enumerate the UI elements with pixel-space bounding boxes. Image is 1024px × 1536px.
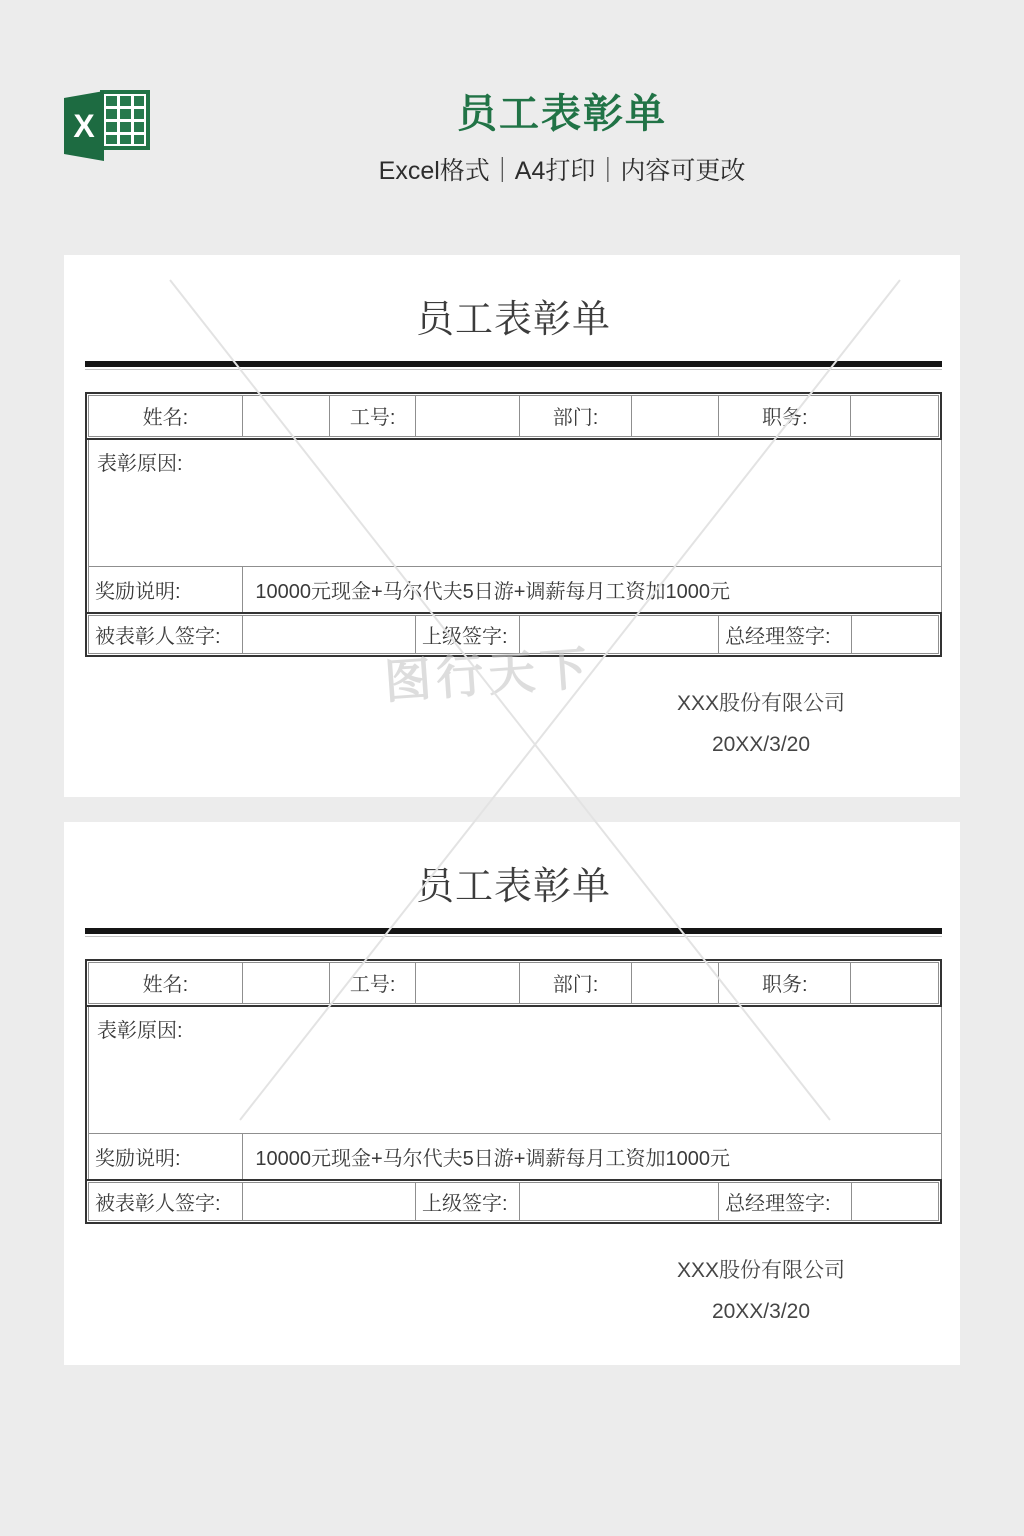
commendation-table: 姓名: 工号: 部门: 职务: 表彰原因: 奖励说明: 10000元现金+马尔代… bbox=[85, 392, 942, 657]
name-label: 姓名: bbox=[89, 396, 242, 436]
svg-text:X: X bbox=[73, 108, 95, 144]
awardee-signature-field[interactable] bbox=[242, 1183, 415, 1220]
page-title: 员工表彰单 bbox=[100, 0, 1024, 136]
title-rule-thin bbox=[85, 936, 942, 937]
name-field[interactable] bbox=[242, 396, 329, 436]
page-subtitle: Excel格式｜A4打印｜内容可更改 bbox=[100, 151, 1024, 187]
reward-value: 10000元现金+马尔代夫5日游+调薪每月工资加1000元 bbox=[242, 567, 941, 612]
department-label: 部门: bbox=[519, 963, 632, 1003]
reward-row: 奖励说明: 10000元现金+马尔代夫5日游+调薪每月工资加1000元 bbox=[89, 566, 941, 612]
signature-row-band: 被表彰人签字: 上级签字: 总经理签字: bbox=[85, 612, 942, 657]
form-date: 20XX/3/20 bbox=[677, 733, 845, 757]
reward-label: 奖励说明: bbox=[89, 1134, 242, 1179]
reward-row: 奖励说明: 10000元现金+马尔代夫5日游+调薪每月工资加1000元 bbox=[89, 1133, 941, 1179]
form-footer: XXX股份有限公司 20XX/3/20 bbox=[85, 687, 942, 757]
gm-signature-field[interactable] bbox=[851, 616, 939, 653]
form-date: 20XX/3/20 bbox=[677, 1300, 845, 1324]
form-footer: XXX股份有限公司 20XX/3/20 bbox=[85, 1254, 942, 1324]
supervisor-signature-field[interactable] bbox=[519, 1183, 719, 1220]
awardee-signature-label: 被表彰人签字: bbox=[89, 1183, 242, 1220]
employee-id-label: 工号: bbox=[329, 963, 415, 1003]
position-label: 职务: bbox=[718, 963, 850, 1003]
gm-signature-label: 总经理签字: bbox=[718, 616, 850, 653]
info-row-band: 姓名: 工号: 部门: 职务: bbox=[85, 959, 942, 1007]
title-rule bbox=[85, 361, 942, 367]
company-name: XXX股份有限公司 bbox=[677, 687, 845, 717]
position-field[interactable] bbox=[850, 963, 938, 1003]
gm-signature-field[interactable] bbox=[851, 1183, 939, 1220]
position-label: 职务: bbox=[718, 396, 850, 436]
employee-id-field[interactable] bbox=[415, 963, 519, 1003]
department-field[interactable] bbox=[631, 963, 718, 1003]
position-field[interactable] bbox=[850, 396, 938, 436]
title-rule bbox=[85, 928, 942, 934]
form-title: 员工表彰单 bbox=[85, 255, 942, 341]
info-row-band: 姓名: 工号: 部门: 职务: bbox=[85, 392, 942, 440]
supervisor-signature-label: 上级签字: bbox=[415, 1183, 519, 1220]
name-label: 姓名: bbox=[89, 963, 242, 1003]
supervisor-signature-label: 上级签字: bbox=[415, 616, 519, 653]
header-text: 员工表彰单 Excel格式｜A4打印｜内容可更改 bbox=[100, 0, 1024, 187]
reward-value: 10000元现金+马尔代夫5日游+调薪每月工资加1000元 bbox=[242, 1134, 941, 1179]
commendation-form-card-1: 员工表彰单 姓名: 工号: 部门: 职务: 表彰原因: bbox=[64, 255, 960, 797]
commendation-form-card-2: 员工表彰单 姓名: 工号: 部门: 职务: 表彰原因: bbox=[64, 822, 960, 1365]
reward-label: 奖励说明: bbox=[89, 567, 242, 612]
employee-id-label: 工号: bbox=[329, 396, 415, 436]
employee-id-field[interactable] bbox=[415, 396, 519, 436]
title-rule-thin bbox=[85, 369, 942, 370]
table-middle-section: 表彰原因: 奖励说明: 10000元现金+马尔代夫5日游+调薪每月工资加1000… bbox=[85, 440, 942, 612]
reason-field[interactable]: 表彰原因: bbox=[89, 440, 941, 566]
name-field[interactable] bbox=[242, 963, 329, 1003]
signature-row-band: 被表彰人签字: 上级签字: 总经理签字: bbox=[85, 1179, 942, 1224]
company-name: XXX股份有限公司 bbox=[677, 1254, 845, 1284]
gm-signature-label: 总经理签字: bbox=[718, 1183, 850, 1220]
supervisor-signature-field[interactable] bbox=[519, 616, 719, 653]
commendation-table: 姓名: 工号: 部门: 职务: 表彰原因: 奖励说明: 10000元现金+马尔代… bbox=[85, 959, 942, 1224]
awardee-signature-label: 被表彰人签字: bbox=[89, 616, 242, 653]
awardee-signature-field[interactable] bbox=[242, 616, 415, 653]
form-title: 员工表彰单 bbox=[85, 822, 942, 908]
department-field[interactable] bbox=[631, 396, 718, 436]
reason-label: 表彰原因: bbox=[97, 453, 183, 475]
top-header: X 员工表彰单 Excel格式｜A4打印｜内容可更改 bbox=[0, 0, 1024, 255]
department-label: 部门: bbox=[519, 396, 632, 436]
reason-label: 表彰原因: bbox=[97, 1020, 183, 1042]
table-middle-section: 表彰原因: 奖励说明: 10000元现金+马尔代夫5日游+调薪每月工资加1000… bbox=[85, 1007, 942, 1179]
reason-field[interactable]: 表彰原因: bbox=[89, 1007, 941, 1133]
page: X 员工表彰单 Excel格式｜A4打印｜内容可更改 员工表彰单 姓名: 工号:… bbox=[0, 0, 1024, 1536]
